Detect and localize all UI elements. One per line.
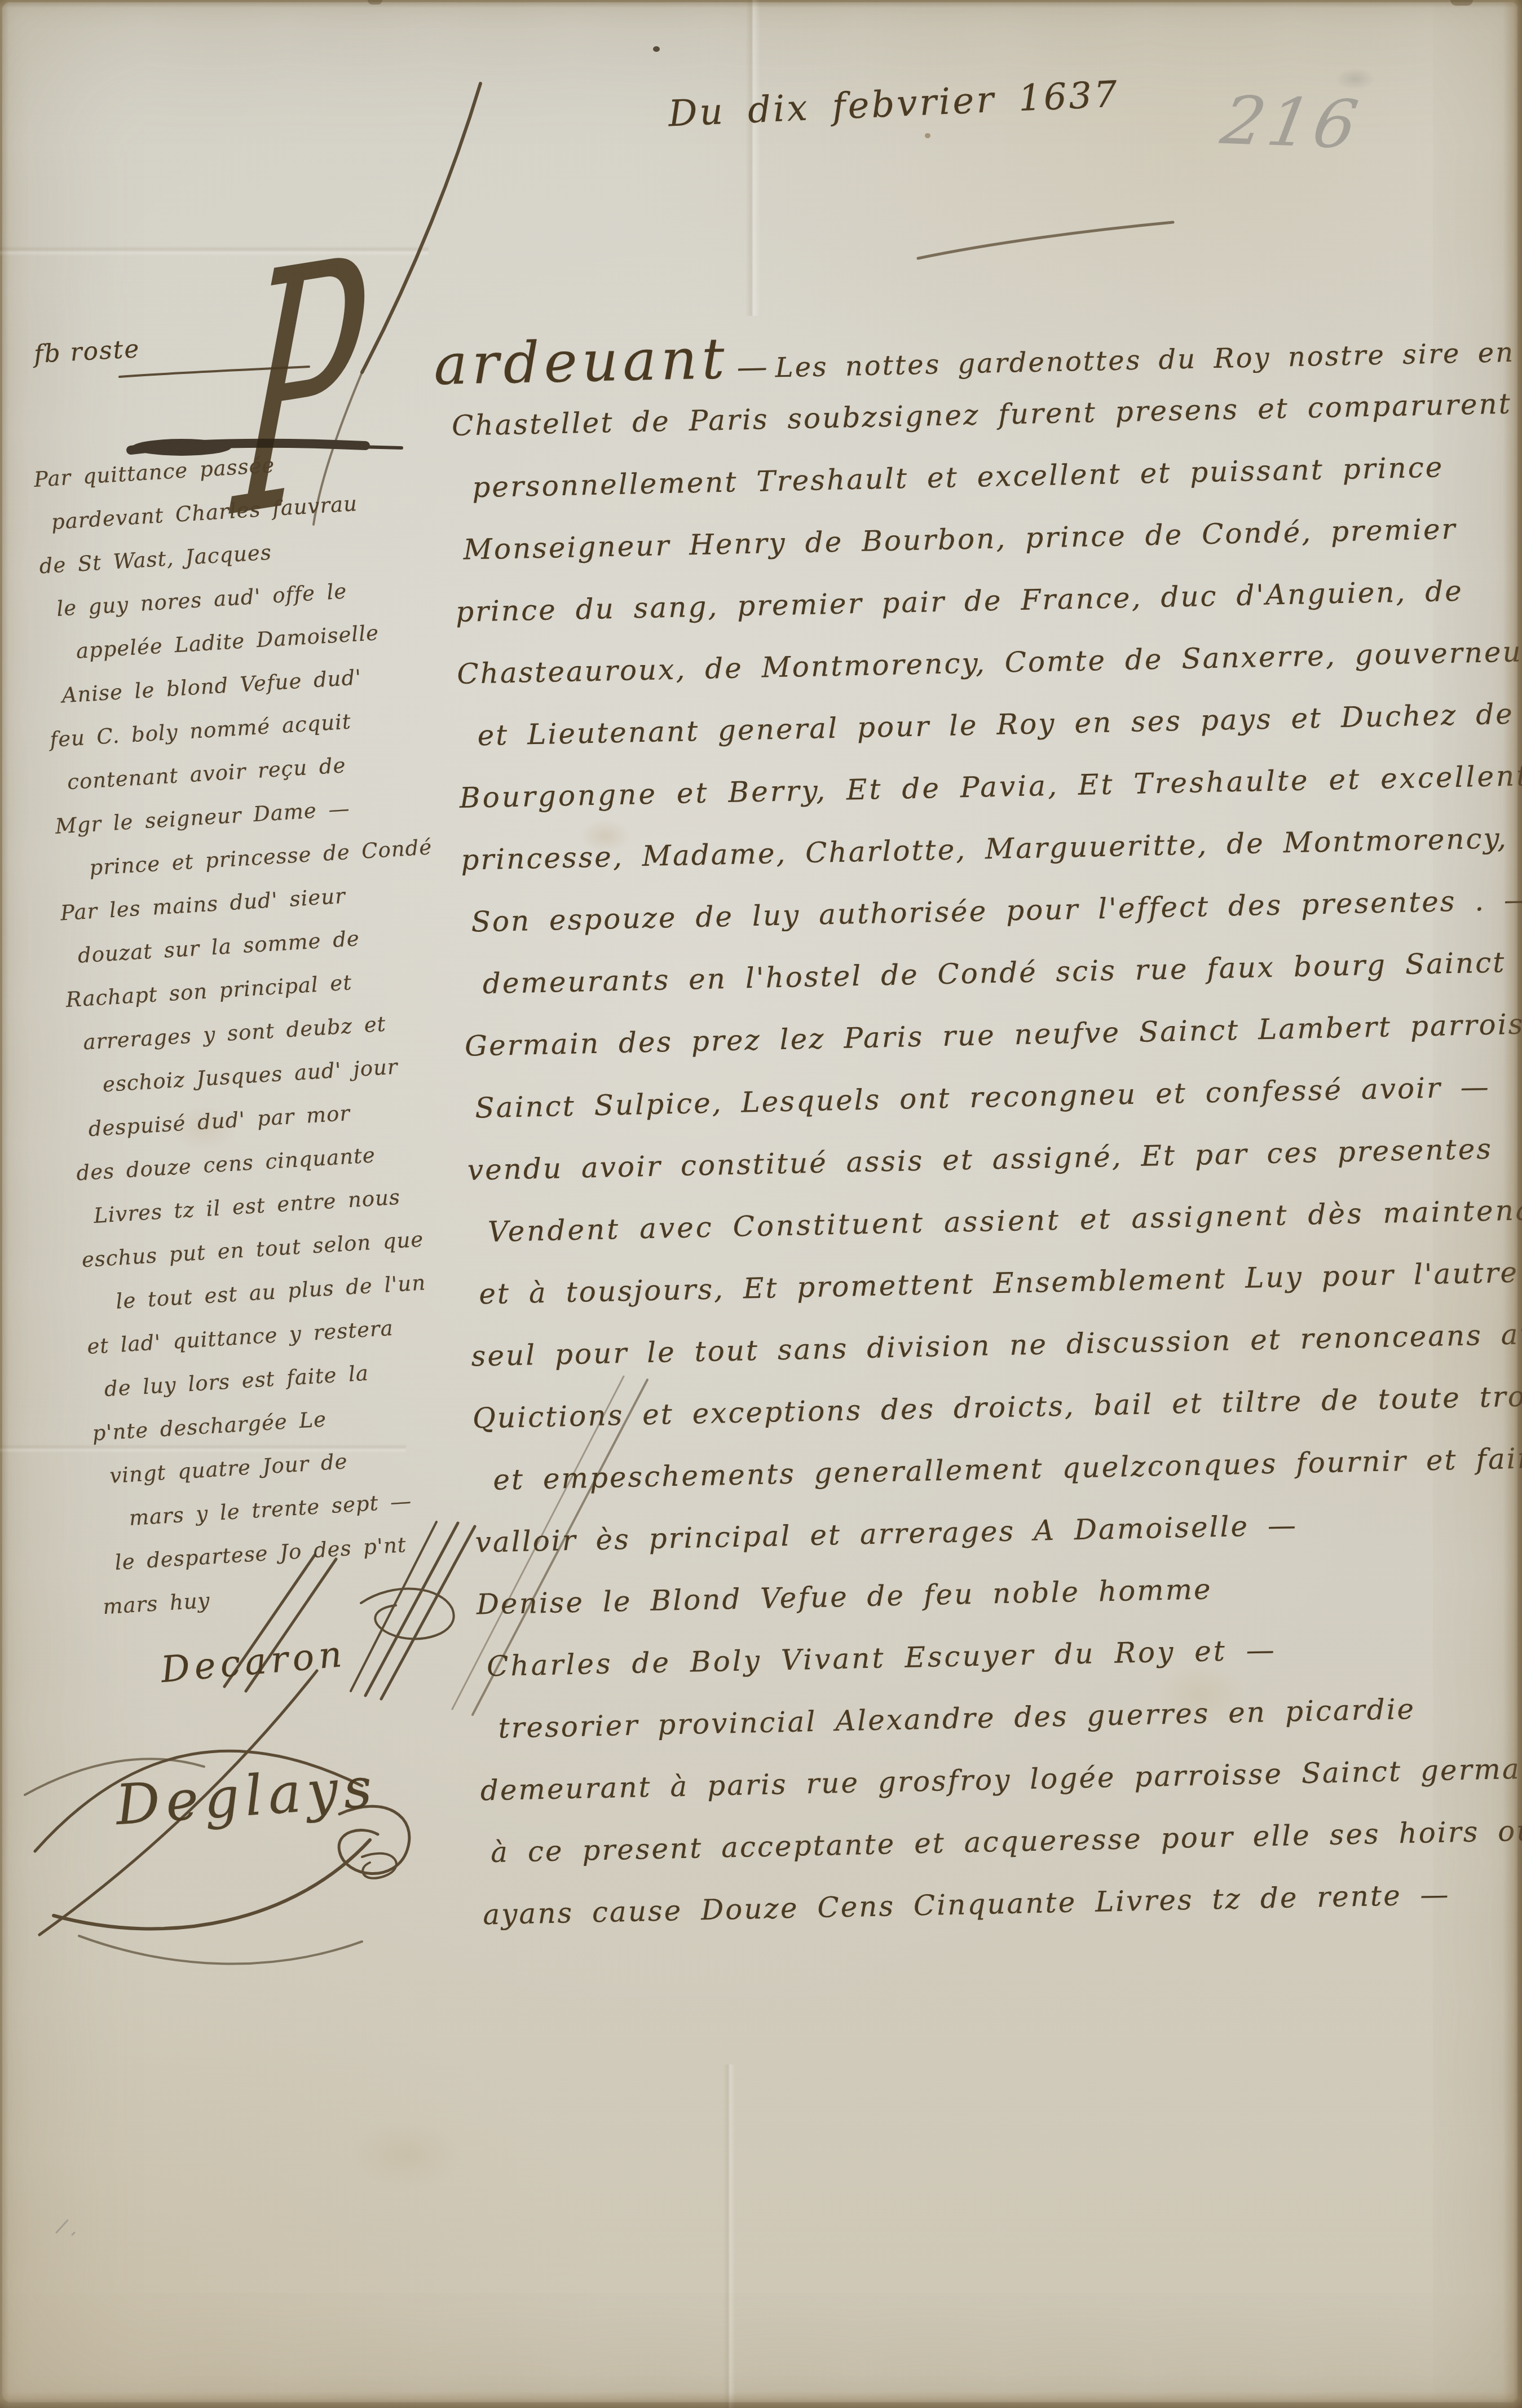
manuscript-page: 216 Du dix febvrier 1637 fb roste P arde…	[0, 0, 1522, 2408]
opening-dash: —	[729, 349, 775, 385]
archival-note: fb roste	[33, 334, 141, 369]
opening-word: ardeuant	[433, 325, 730, 398]
main-text-block: Chastellet de Paris soubzsignez furent p…	[451, 372, 1522, 1945]
margin-note-block: Par quittance passéepardevant Charles fa…	[33, 434, 487, 1628]
folio-number: 216	[1216, 81, 1366, 164]
